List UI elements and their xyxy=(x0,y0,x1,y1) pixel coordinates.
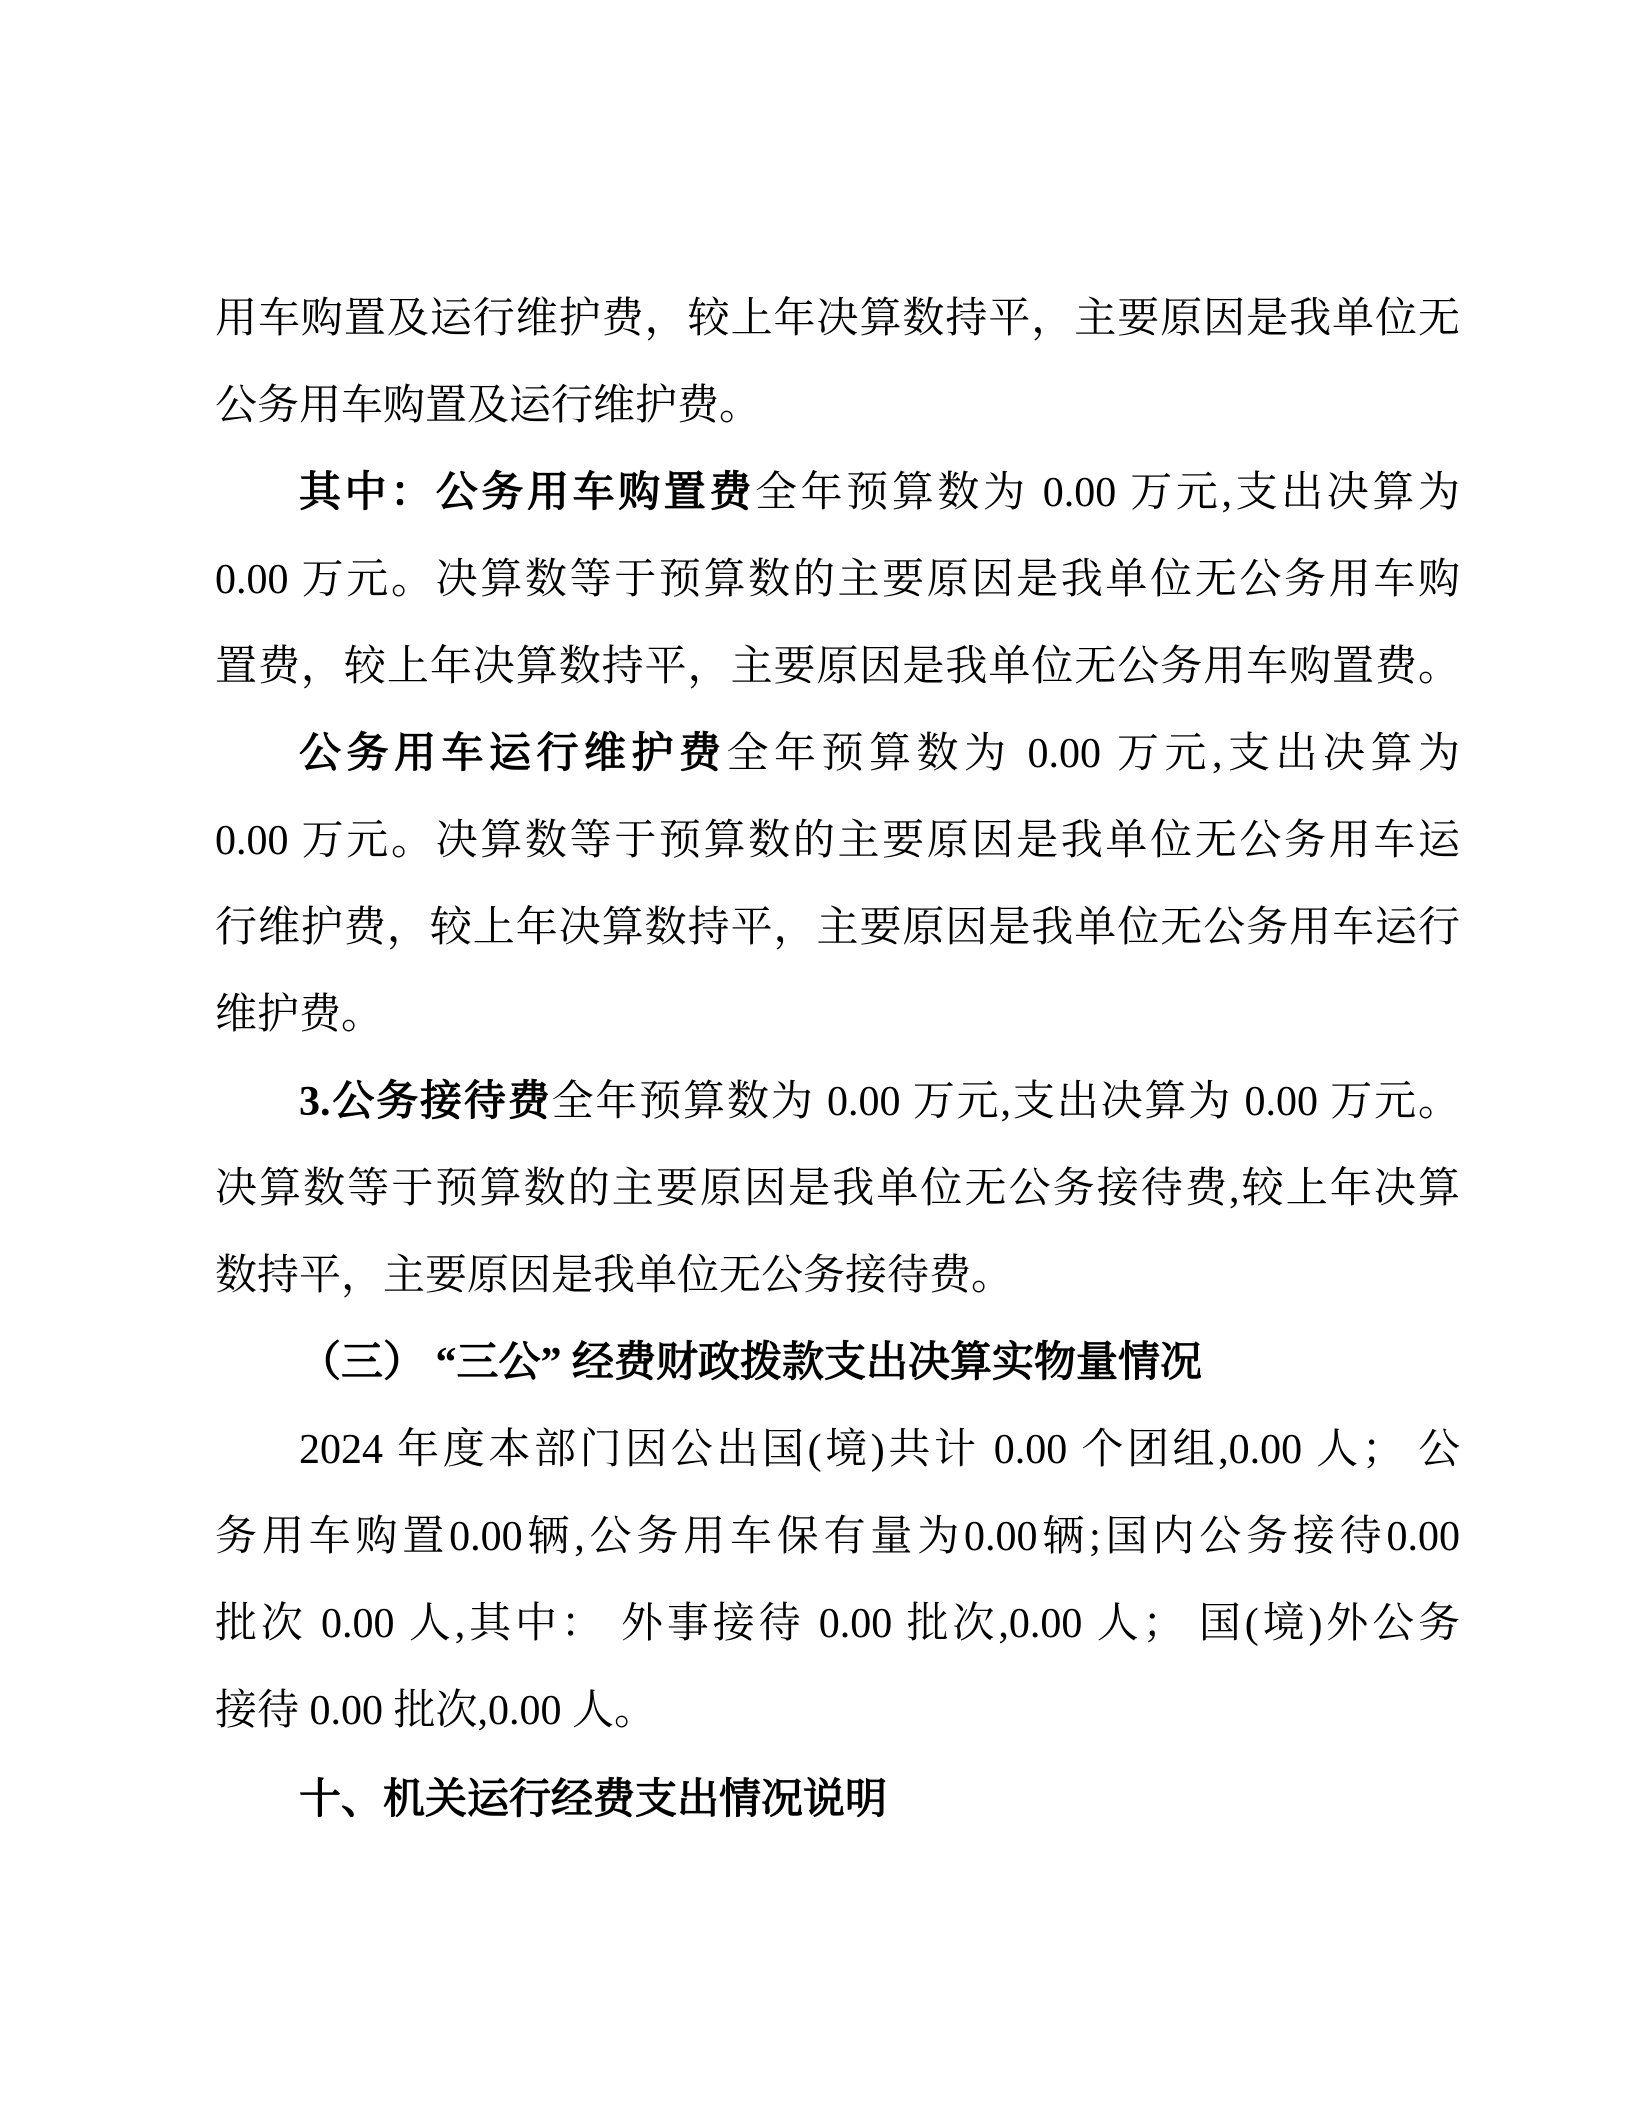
text-segment: 0.00 万元。决算数等于预算数的主要原因是我单位无公务用车购 xyxy=(215,557,1460,603)
text-segment: 批次 0.00 人,其中： 外事接待 0.00 批次,0.00 人； 国(境)外… xyxy=(215,1601,1460,1647)
text-segment: 置费，较上年决算数持平，主要原因是我单位无公务用车购置费。 xyxy=(215,644,1460,690)
emphasis-segment: 公务用车运行维护费 xyxy=(299,731,727,777)
text-line-10: 3.公务接待费全年预算数为 0.00 万元,支出决算为 0.00 万元。 xyxy=(215,1059,1460,1146)
text-segment: 行维护费，较上年决算数持平，主要原因是我单位无公务用车运行 xyxy=(215,905,1460,951)
emphasis-segment: 其中：公务用车购置费 xyxy=(299,470,755,516)
document-page: 用车购置及运行维护费，较上年决算数持平，主要原因是我单位无公务用车购置及运行维护… xyxy=(0,0,1632,2112)
text-segment: 全年预算数为 0.00 万元,支出决算为 0.00 万元。 xyxy=(552,1079,1460,1125)
text-line-12: 数持平，主要原因是我单位无公务接待费。 xyxy=(215,1233,1460,1320)
text-line-17: 接待 0.00 批次,0.00 人。 xyxy=(215,1668,1460,1755)
text-segment: 维护费。 xyxy=(215,992,383,1038)
text-line-16: 批次 0.00 人,其中： 外事接待 0.00 批次,0.00 人； 国(境)外… xyxy=(215,1581,1460,1668)
text-line-1: 用车购置及运行维护费，较上年决算数持平，主要原因是我单位无 xyxy=(215,276,1460,363)
text-segment: 全年预算数为 0.00 万元,支出决算为 xyxy=(727,731,1460,777)
text-line-4: 0.00 万元。决算数等于预算数的主要原因是我单位无公务用车购 xyxy=(215,537,1460,624)
text-segment: 2024 年度本部门因公出国(境)共计 0.00 个团组,0.00 人； 公 xyxy=(299,1427,1460,1473)
text-line-5: 置费，较上年决算数持平，主要原因是我单位无公务用车购置费。 xyxy=(215,624,1460,711)
text-segment: 接待 0.00 批次,0.00 人。 xyxy=(215,1688,656,1734)
text-segment: 决算数等于预算数的主要原因是我单位无公务接待费,较上年决算 xyxy=(215,1166,1460,1212)
text-segment: 公务用车购置及运行维护费。 xyxy=(215,383,761,429)
text-segment: 全年预算数为 0.00 万元,支出决算为 xyxy=(755,470,1460,516)
text-line-13: （三） “三公” 经费财政拨款支出决算实物量情况 xyxy=(215,1320,1460,1407)
text-line-11: 决算数等于预算数的主要原因是我单位无公务接待费,较上年决算 xyxy=(215,1146,1460,1233)
emphasis-segment: 十、机关运行经费支出情况说明 xyxy=(299,1775,887,1822)
text-line-3: 其中：公务用车购置费全年预算数为 0.00 万元,支出决算为 xyxy=(215,450,1460,537)
text-line-2: 公务用车购置及运行维护费。 xyxy=(215,363,1460,450)
text-line-7: 0.00 万元。决算数等于预算数的主要原因是我单位无公务用车运 xyxy=(215,798,1460,885)
text-line-18: 十、机关运行经费支出情况说明 xyxy=(215,1755,1460,1842)
text-segment: 数持平，主要原因是我单位无公务接待费。 xyxy=(215,1253,1013,1299)
text-segment: 务用车购置0.00辆,公务用车保有量为0.00辆;国内公务接待0.00 xyxy=(215,1514,1460,1560)
text-line-8: 行维护费，较上年决算数持平，主要原因是我单位无公务用车运行 xyxy=(215,885,1460,972)
text-line-15: 务用车购置0.00辆,公务用车保有量为0.00辆;国内公务接待0.00 xyxy=(215,1494,1460,1581)
emphasis-segment: 3.公务接待费 xyxy=(299,1079,552,1125)
text-segment: 0.00 万元。决算数等于预算数的主要原因是我单位无公务用车运 xyxy=(215,818,1460,864)
text-line-14: 2024 年度本部门因公出国(境)共计 0.00 个团组,0.00 人； 公 xyxy=(215,1407,1460,1494)
text-line-9: 维护费。 xyxy=(215,972,1460,1059)
emphasis-segment: （三） “三公” 经费财政拨款支出决算实物量情况 xyxy=(299,1340,1202,1386)
text-line-6: 公务用车运行维护费全年预算数为 0.00 万元,支出决算为 xyxy=(215,711,1460,798)
text-segment: 用车购置及运行维护费，较上年决算数持平，主要原因是我单位无 xyxy=(215,296,1460,342)
